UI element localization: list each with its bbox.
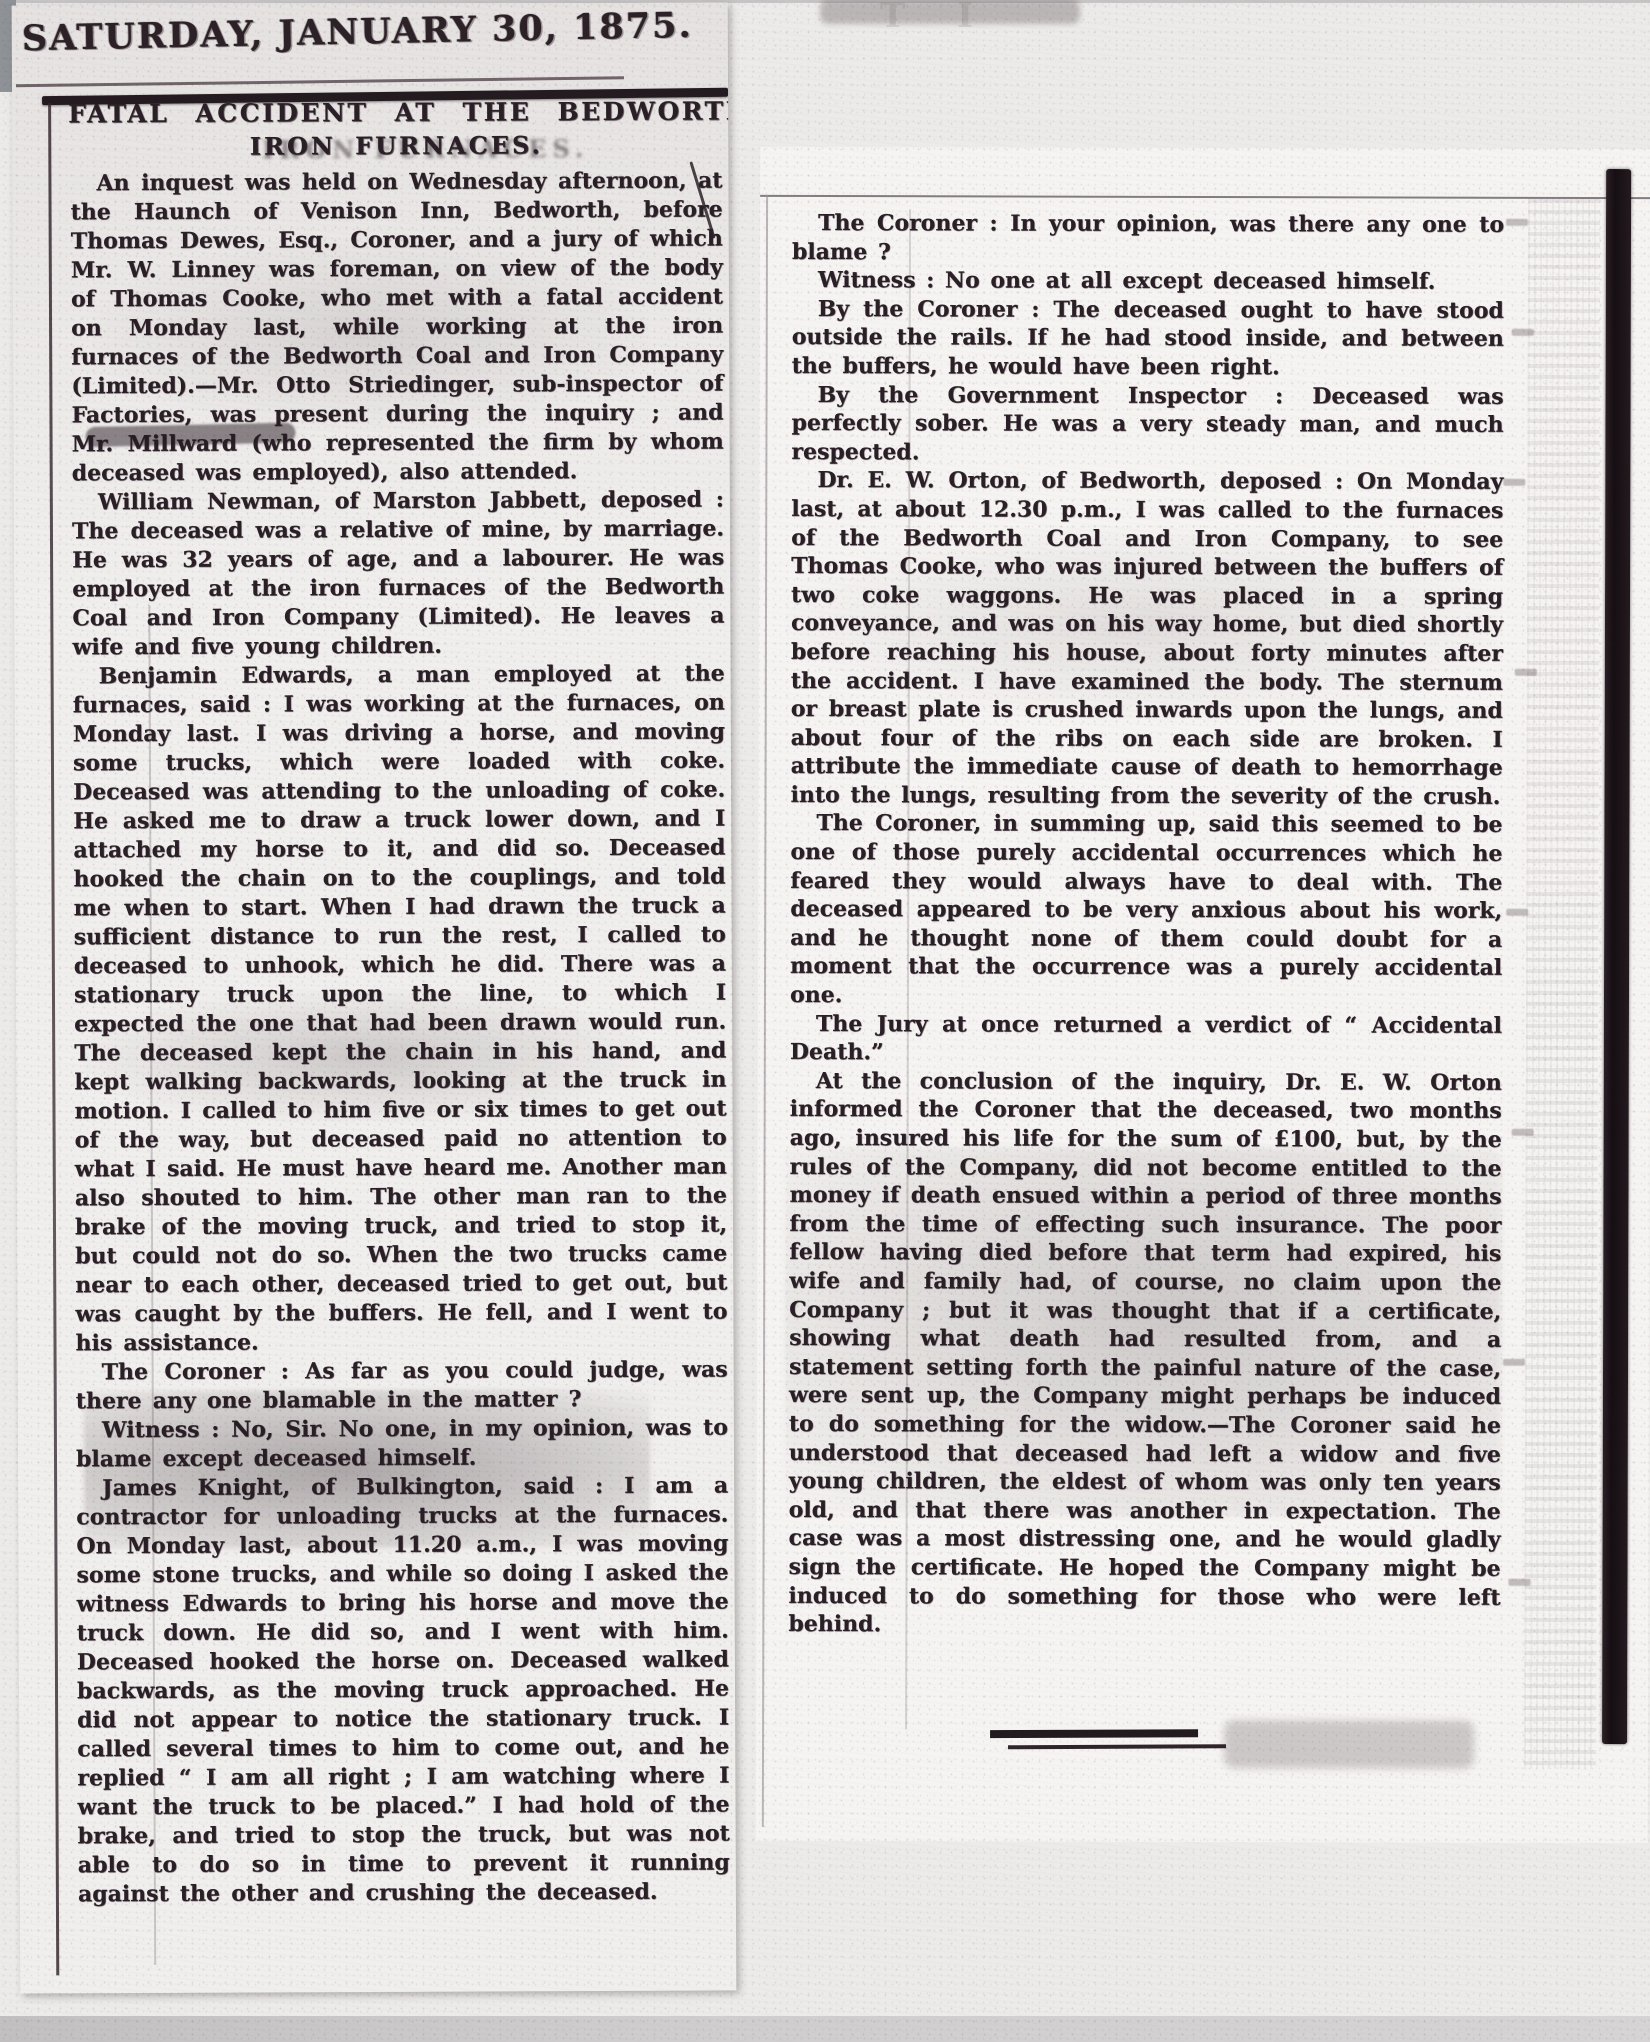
article-column-left: An inquest was held on Wednesday afterno… xyxy=(70,166,730,1909)
article-paragraph: Witness : No, Sir. No one, in my opinion… xyxy=(76,1413,728,1474)
article-end-rule xyxy=(990,1729,1198,1738)
article-paragraph: Benjamin Edwards, a man employed at the … xyxy=(73,659,728,1358)
article-paragraph: James Knight, of Bulkington, said : I am… xyxy=(76,1471,730,1909)
bleed-mark xyxy=(1506,909,1528,916)
bleed-mark xyxy=(1508,1579,1530,1586)
ink-smudge xyxy=(1224,1720,1474,1769)
article-headline: FATAL ACCIDENT AT THE BEDWORTH IRON FURN… xyxy=(68,96,724,161)
headline-line-2: IRON FURNACES. xyxy=(250,130,543,160)
article-paragraph: The Jury at once returned a verdict of “… xyxy=(790,1010,1502,1069)
article-paragraph: The Coroner : As far as you could judge,… xyxy=(76,1355,728,1416)
article-end-rule xyxy=(1008,1744,1226,1749)
bleed-mark xyxy=(1503,479,1525,486)
scan-edge-bottom xyxy=(0,2016,1650,2042)
bleed-mark xyxy=(1512,329,1534,336)
article-paragraph: The Coroner, in summing up, said this se… xyxy=(790,809,1503,1011)
headline-line-1: FATAL ACCIDENT AT THE BEDWORTH xyxy=(68,96,724,128)
page-edge-shadow-bar xyxy=(1602,169,1631,1744)
article-column-right: The Coroner : In your opinion, was there… xyxy=(788,209,1504,1641)
article-paragraph: By the Government Inspector : Deceased w… xyxy=(791,380,1503,468)
clipping-border-top xyxy=(760,195,1650,199)
scanned-newspaper-page: Y A T I SATURDAY, JANUARY 30, 1875. FATA… xyxy=(0,0,1650,2042)
article-paragraph: At the conclusion of the inquiry, Dr. E.… xyxy=(788,1067,1501,1641)
clipping-border-left xyxy=(762,195,768,1827)
bleed-mark xyxy=(1503,1359,1525,1366)
newspaper-clipping-left: SATURDAY, JANUARY 30, 1875. FATAL ACCIDE… xyxy=(12,2,737,1993)
bleed-mark xyxy=(1512,1129,1534,1136)
article-paragraph: Witness : No one at all except deceased … xyxy=(792,266,1504,296)
article-paragraph: An inquest was held on Wednesday afterno… xyxy=(70,166,723,488)
bleed-through-noise xyxy=(1524,199,1600,1769)
article-paragraph: Dr. E. W. Orton, of Bedworth, deposed : … xyxy=(790,466,1503,811)
bleed-mark xyxy=(1515,669,1537,676)
ghost-letters: T I xyxy=(880,0,993,36)
newspaper-clipping-right: The Coroner : In your opinion, was there… xyxy=(756,147,1650,1843)
headline-line-2-wrap: IRON FURNACES. IRON FURNACES. xyxy=(68,129,724,161)
article-paragraph: The Coroner : In your opinion, was there… xyxy=(792,209,1504,268)
article-paragraph: By the Coroner : The deceased ought to h… xyxy=(792,295,1504,383)
article-paragraph: William Newman, of Marston Jabbett, depo… xyxy=(72,485,725,662)
bleed-mark xyxy=(1506,219,1528,226)
